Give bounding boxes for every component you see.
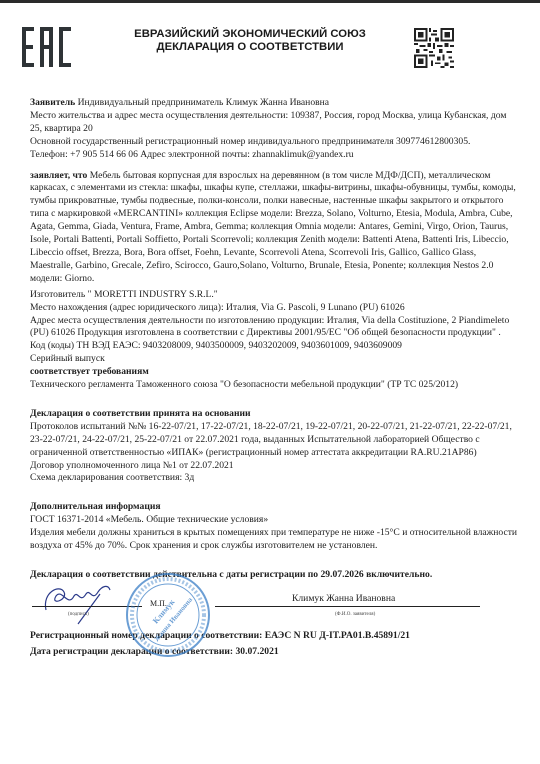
manufacturer-section: Изготовитель " MORETTI INDUSTRY S.R.L." … [30,289,520,392]
signature-caption: (подпись) [68,609,89,622]
declaration-scheme: Схема декларирования соответствия: 3д [30,472,520,485]
storage-conditions: Изделия мебели должны храниться в крытых… [30,527,520,553]
registration-number: Регистрационный номер декларации о соотв… [30,630,520,643]
signature-block: (подпись) М.П. Климук Жанна Ивановна (Ф.… [30,582,520,630]
signer-name: Климук Жанна Ивановна [292,593,395,606]
applicant-name: Индивидуальный предприниматель Климук Жа… [78,97,329,108]
manufacturer-legal-address: Место нахождения (адрес юридического лиц… [30,302,520,315]
basis-label: Декларация о соответствии принята на осн… [30,408,520,421]
applicant-ogrn: Основной государственный регистрационный… [30,136,520,149]
basis-section: Декларация о соответствии принята на осн… [30,408,520,485]
product-description: Мебель бытовая корпусная для взрослых на… [30,170,516,284]
requirements-text: Технического регламента Таможенного союз… [30,379,520,392]
requirements-label: соответствует требованиям [30,366,520,379]
round-stamp-icon: Климук Жанна Ивановна [125,572,211,658]
manufacturer-name: Изготовитель " MORETTI INDUSTRY S.R.L." [30,289,520,302]
applicant-contacts: Телефон: +7 905 514 66 06 Адрес электрон… [30,149,520,162]
signer-name-line [215,606,480,607]
registration-date: Дата регистрации декларации о соответств… [30,646,520,659]
additional-info-section: Дополнительная информация ГОСТ 16371-201… [30,501,520,553]
document-title: ДЕКЛАРАЦИЯ О СООТВЕТСТВИИ [120,41,380,54]
qr-code-icon [414,28,454,68]
applicant-section: Заявитель Индивидуальный предприниматель… [30,97,520,162]
signer-caption: (Ф.И.О. заявителя) [335,609,375,622]
statement-section: заявляет, что Мебель бытовая корпусная д… [30,170,520,286]
eac-logo-icon [22,27,72,67]
manufacturer-production-address: Адрес места осуществления деятельности п… [30,315,520,341]
union-title: ЕВРАЗИЙСКИЙ ЭКОНОМИЧЕСКИЙ СОЮЗ [120,28,380,41]
authorized-contract: Договор уполномоченного лица №1 от 22.07… [30,460,520,473]
additional-info-label: Дополнительная информация [30,501,520,514]
release-type: Серийный выпуск [30,353,520,366]
document-header: ЕВРАЗИЙСКИЙ ЭКОНОМИЧЕСКИЙ СОЮЗ ДЕКЛАРАЦИ… [120,28,380,54]
statement-label: заявляет, что [30,170,87,181]
applicant-label: Заявитель [30,97,75,108]
declaration-body: Заявитель Индивидуальный предприниматель… [30,97,520,659]
gost-standard: ГОСТ 16371-2014 «Мебель. Общие техническ… [30,514,520,527]
scan-top-edge [0,0,540,3]
tnved-codes: Код (коды) ТН ВЭД ЕАЭС: 9403208009, 9403… [30,340,520,353]
applicant-address: Место жительства и адрес места осуществл… [30,110,520,136]
test-protocols: Протоколов испытаний №№ 16-22-07/21, 17-… [30,421,520,460]
